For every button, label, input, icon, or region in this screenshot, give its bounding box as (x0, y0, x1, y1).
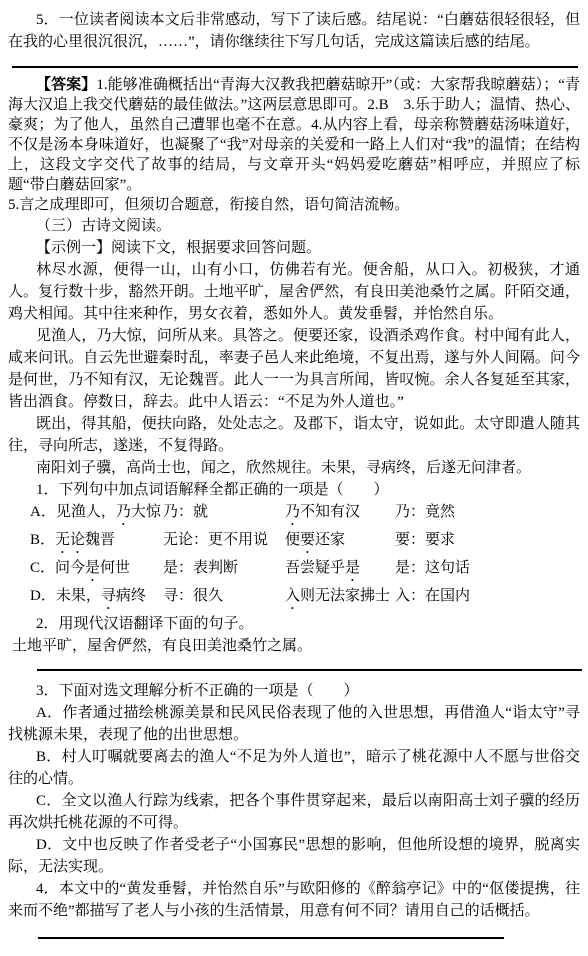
q1-c-phrase-2: 吾尝疑乎是 (285, 557, 395, 585)
passage-paragraph-1: 林尽水源，便得一山，山有小口，仿佛若有光。便舍船，从口入。初极狭，才通人。复行数… (8, 259, 580, 325)
q1-a-phrase-1: A．见渔人，乃大惊 (30, 501, 163, 529)
q1-d-letter: D． (30, 588, 56, 604)
section-divider-top (12, 66, 578, 68)
q1-b-c1-post: 魏晋 (85, 532, 115, 548)
q3-option-d: D．文中也反映了作者受老子“小国寡民”思想的影响，但他所设想的境界，脱离实际，无… (8, 834, 580, 878)
q1-b-letter: B． (30, 532, 55, 548)
q1-b-c3-pre: 便 (285, 532, 300, 548)
section-divider-middle (37, 669, 582, 671)
answer-label: 【答案】 (36, 77, 96, 93)
q1-d-c1-post: 病终 (116, 588, 146, 604)
answer-paragraph: 【答案】1.能够准确概括出“青海大汉教我把蘑菇晾开”（或：大家帮我晾蘑菇）；“青… (8, 75, 580, 195)
q3-option-a: A．作者通过描绘桃源美景和民风民俗表现了他的入世思想，再借渔人“诣太守”寻找桃源… (8, 702, 580, 746)
q1-d-gloss-2: 入：在国内 (395, 585, 580, 613)
q1-d-c3-em: 入 (285, 588, 300, 604)
passage-paragraph-3: 既出，得其船，便扶向路，处处志之。及郡下，诣太守，说如此。太守即遣人随其往，寻向… (8, 413, 580, 457)
q1-d-c3-post: 则无法家拂士 (300, 588, 390, 604)
question-2-stem: 2．用现代汉语翻译下面的句子。 (8, 613, 580, 635)
q3-option-c: C．全文以渔人行踪为线索，把各个事件贯穿起来，最后以南阳高士刘子骥的经历再次烘托… (8, 790, 580, 834)
question-5: 5．一位读者阅读本文后非常感动，写下了读后感。结尾说：“白蘑菇很轻很轻，但在我的… (8, 9, 580, 53)
q1-a-c1-post: 大惊 (131, 504, 161, 520)
q1-option-d: D．未果，寻病终 寻：很久 入则无法家拂士 入：在国内 (8, 585, 580, 613)
q1-a-c3-post: 不知有汉 (300, 504, 360, 520)
q1-a-gloss-1: 乃：就 (163, 501, 285, 529)
example-intro: 【示例一】阅读下文，根据要求回答问题。 (8, 237, 580, 259)
q1-option-a: A．见渔人，乃大惊 乃：就 乃不知有汉 乃：竟然 (8, 501, 580, 529)
q1-d-c1-em: 寻 (101, 588, 116, 604)
question-1-stem: 1．下列句中加点词语解释全都正确的一项是（ ） (8, 479, 580, 501)
q1-b-gloss-2: 要：要求 (395, 529, 580, 557)
q1-c-c1-pre: 问今 (55, 560, 85, 576)
answer-item-5: 5.言之成理即可，但须切合题意，衔接自然，语句简洁流畅。 (8, 195, 580, 215)
q1-a-c1-pre: 见渔人， (56, 504, 116, 520)
q1-c-letter: C． (30, 560, 55, 576)
q1-c-phrase-1: C．问今是何世 (30, 557, 163, 585)
q1-c-gloss-2: 是：这句话 (395, 557, 580, 585)
q1-c-c1-post: 何世 (100, 560, 130, 576)
q1-c-c1-em: 是 (85, 560, 100, 576)
q1-a-phrase-2: 乃不知有汉 (285, 501, 395, 529)
q1-b-c1-em: 无论 (55, 532, 85, 548)
q1-b-c3-em: 要 (300, 532, 315, 548)
q1-c-c3-pre: 吾尝疑乎 (285, 560, 345, 576)
q1-b-gloss-1: 无论：更不用说 (163, 529, 285, 557)
q1-option-c: C．问今是何世 是：表判断 吾尝疑乎是 是：这句话 (8, 557, 580, 585)
q1-b-phrase-2: 便要还家 (285, 529, 395, 557)
q1-b-c3-post: 还家 (315, 532, 345, 548)
q1-b-phrase-1: B．无论魏晋 (30, 529, 163, 557)
question-3-stem: 3．下面对选文理解分析不正确的一项是（ ） (8, 680, 580, 702)
section-heading: （三）古诗文阅读。 (8, 215, 580, 237)
q3-option-b: B．村人叮嘱就要离去的渔人“不足为外人道也”，暗示了桃花源中人不愿与世俗交往的心… (8, 746, 580, 790)
q1-c-gloss-1: 是：表判断 (163, 557, 285, 585)
q1-option-b: B．无论魏晋 无论：更不用说 便要还家 要：要求 (8, 529, 580, 557)
section-divider-bottom (38, 937, 504, 939)
question-2-sentence: 土地平旷，屋舍俨然，有良田美池桑竹之属。 (8, 635, 580, 657)
q1-a-c3-em: 乃 (285, 504, 300, 520)
q1-c-c3-em: 是 (345, 560, 360, 576)
q1-d-phrase-1: D．未果，寻病终 (30, 585, 163, 613)
q1-a-c1-em: 乃 (116, 504, 131, 520)
passage-paragraph-2: 见渔人，乃大惊，问所从来。具答之。便要还家，设酒杀鸡作食。村中闻有此人，咸来问讯… (8, 325, 580, 413)
document-page: 5．一位读者阅读本文后非常感动，写下了读后感。结尾说：“白蘑菇很轻很轻，但在我的… (0, 0, 588, 939)
q1-d-c1-pre: 未果， (56, 588, 101, 604)
q1-d-phrase-2: 入则无法家拂士 (285, 585, 395, 613)
question-4: 4．本文中的“黄发垂髫，并怡然自乐”与欧阳修的《醉翁亭记》中的“伛偻提携，往来而… (8, 878, 580, 922)
answer-key-block: 【答案】1.能够准确概括出“青海大汉教我把蘑菇晾开”（或：大家帮我晾蘑菇）；“青… (8, 75, 580, 215)
passage-paragraph-4: 南阳刘子骥，高尚士也，闻之，欣然规往。未果，寻病终，后遂无问津者。 (8, 457, 580, 479)
q1-d-gloss-1: 寻：很久 (163, 585, 285, 613)
q1-a-gloss-2: 乃：竟然 (395, 501, 580, 529)
q1-a-letter: A． (30, 504, 56, 520)
answer-body: 1.能够准确概括出“青海大汉教我把蘑菇晾开”（或：大家帮我晾蘑菇）；“青海大汉追… (8, 77, 580, 193)
